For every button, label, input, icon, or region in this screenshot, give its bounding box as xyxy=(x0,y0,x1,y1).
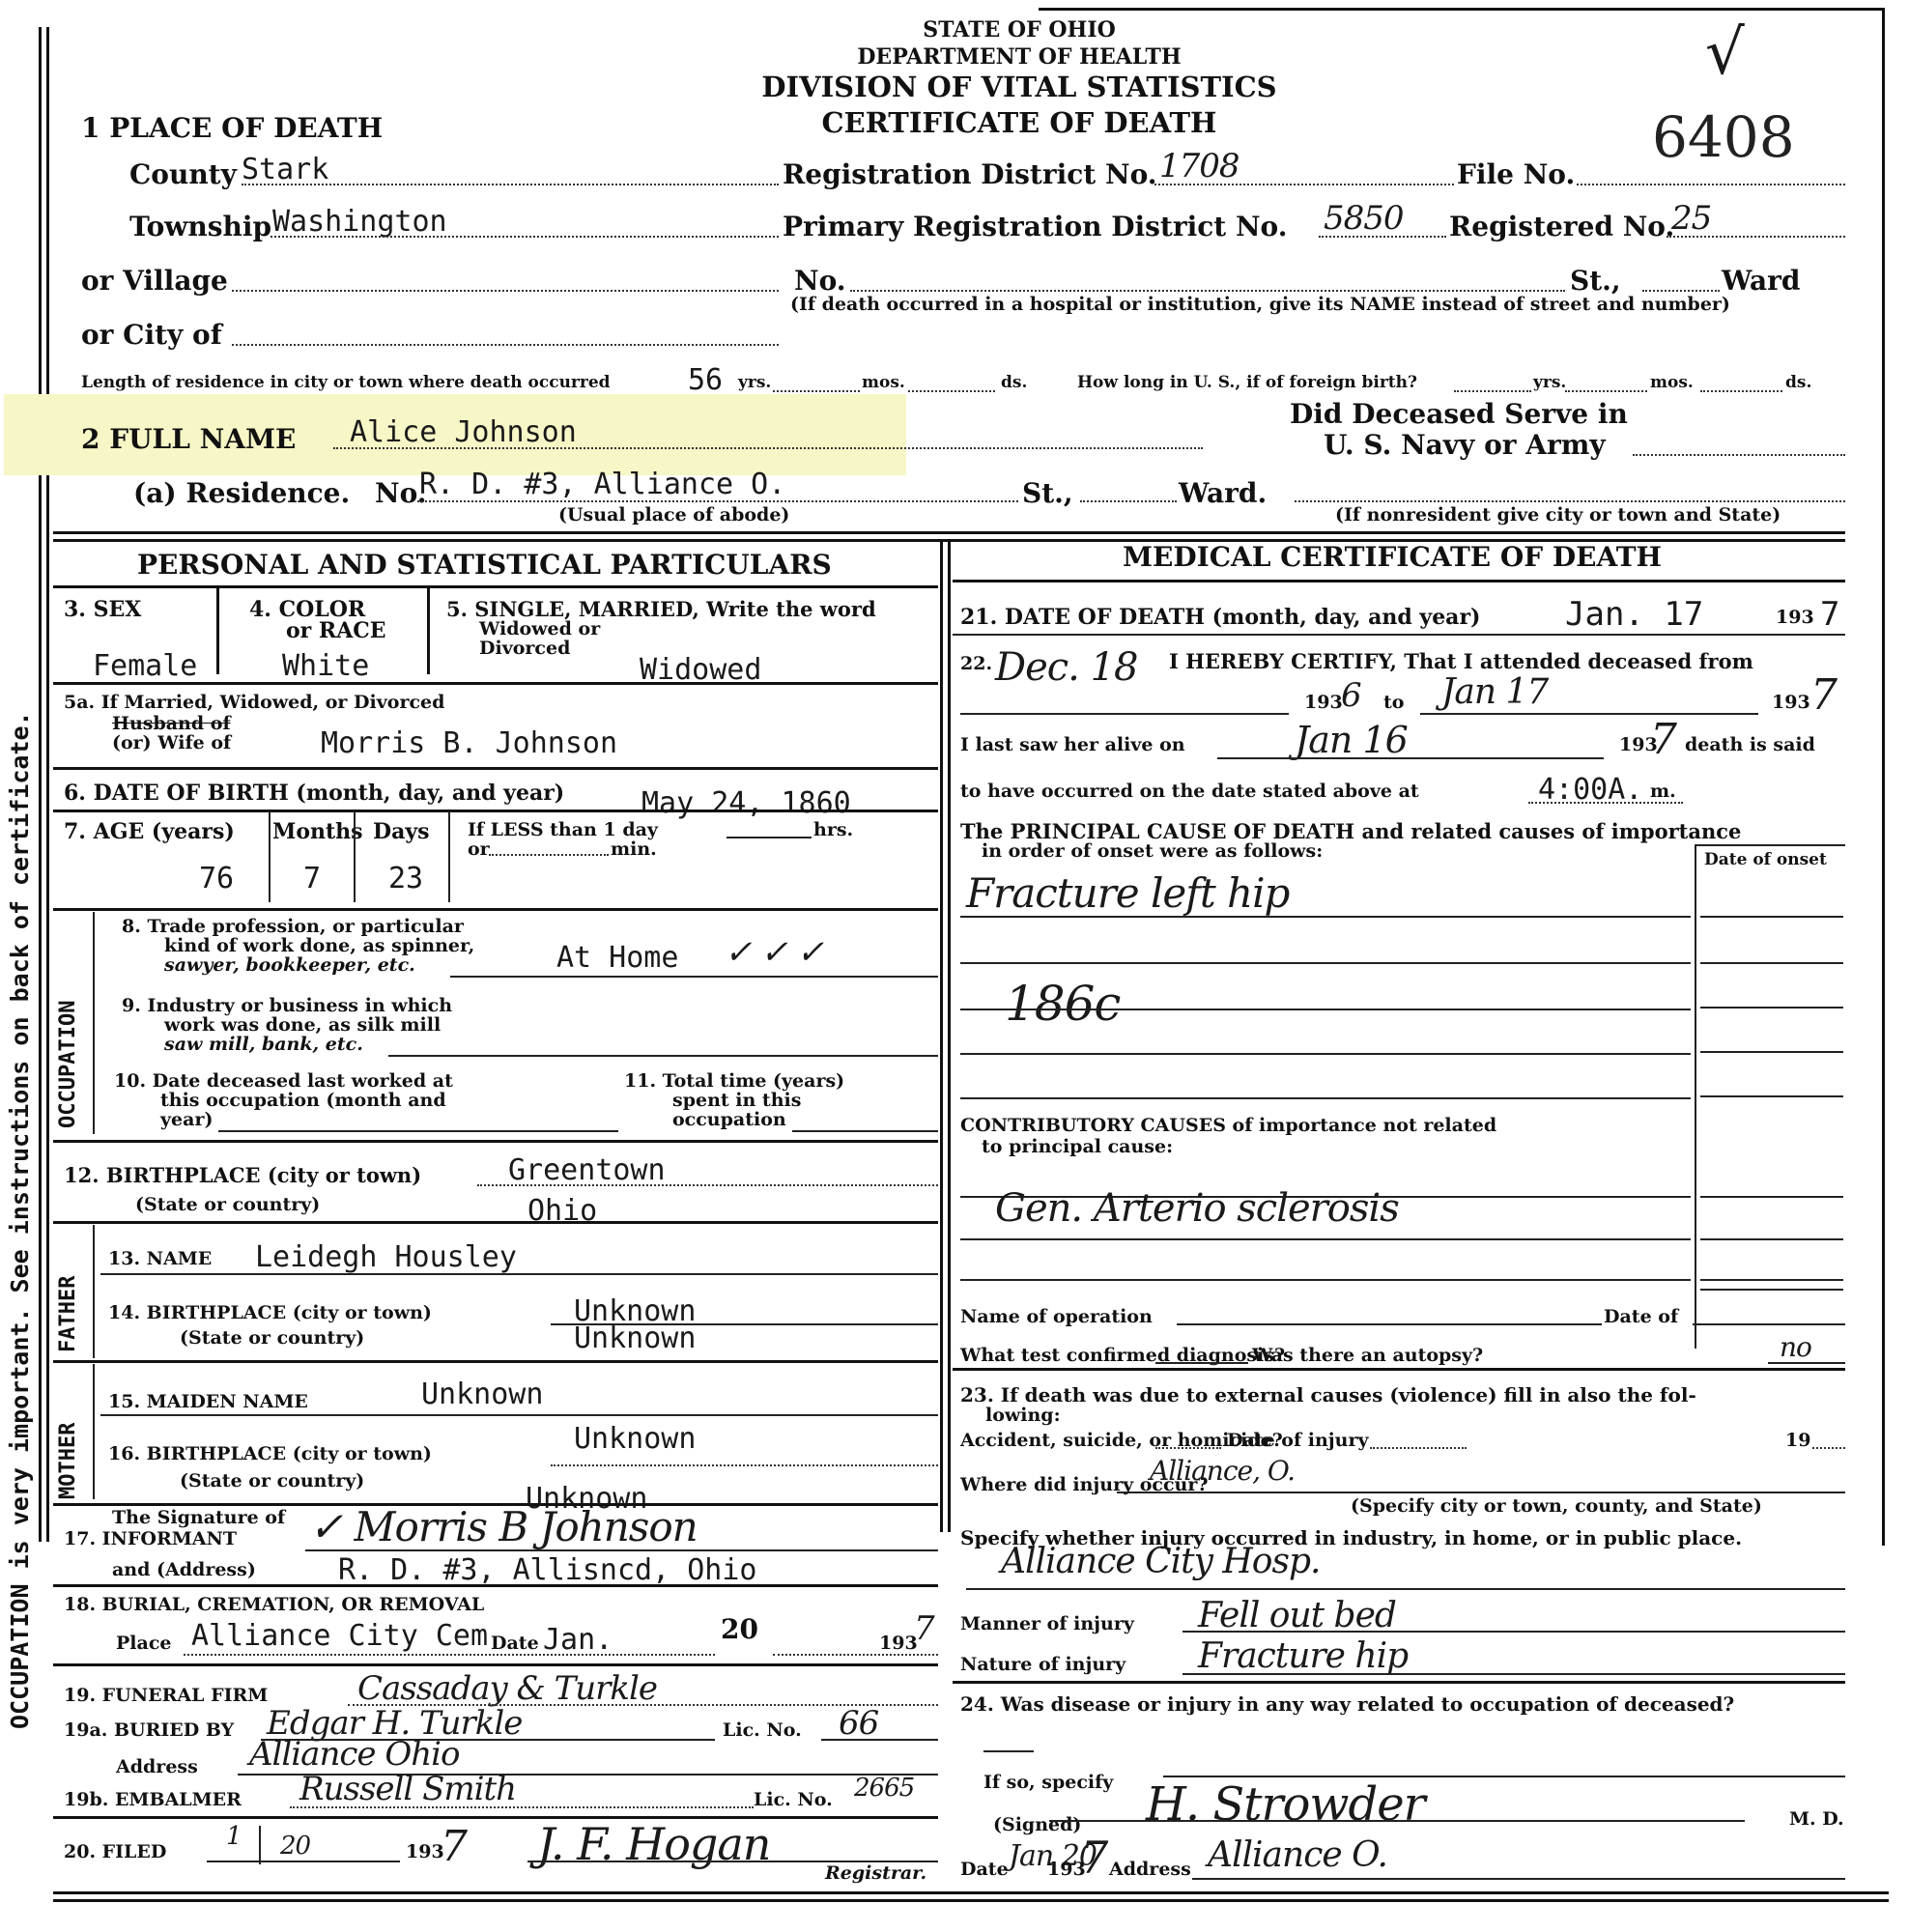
cause-line-4 xyxy=(960,1053,1691,1055)
onset-line-4 xyxy=(1700,1051,1843,1053)
to-label: to xyxy=(1383,692,1404,713)
military-line xyxy=(1633,454,1845,456)
residence-field[interactable]: R. D. #3, Alliance O. xyxy=(419,468,785,501)
birthplace-label: 12. BIRTHPLACE (city or town) xyxy=(64,1163,421,1187)
mother-maiden-field[interactable]: Unknown xyxy=(421,1378,543,1411)
burial-date-label: Date xyxy=(491,1633,539,1654)
nonresident-line xyxy=(1295,500,1845,502)
foreign-ds-line xyxy=(1700,390,1782,392)
last-saw-label: I last saw her alive on xyxy=(960,734,1185,755)
birthplace-rule xyxy=(53,1221,938,1224)
external-label-1: 23. If death was due to external causes … xyxy=(960,1383,1696,1406)
full-name-label: 2 FULL NAME xyxy=(81,423,296,455)
occupation-bottom-rule xyxy=(53,1140,938,1143)
father-name-label: 13. NAME xyxy=(108,1248,212,1269)
occurred-label: to have occurred on the date stated abov… xyxy=(960,781,1419,802)
occupation-related-line xyxy=(983,1750,1034,1752)
total-time-line xyxy=(792,1130,938,1132)
embalmer-line xyxy=(290,1806,754,1808)
attended-to-field[interactable]: Jan 17 xyxy=(1441,672,1548,712)
contrib-1-field[interactable]: Gen. Arterio sclerosis xyxy=(995,1186,1399,1231)
primary-reg-field[interactable]: 5850 xyxy=(1324,199,1404,238)
father-tab: FATHER xyxy=(56,1276,80,1352)
buried-by-address-label: Address xyxy=(116,1756,198,1777)
age-divider-2 xyxy=(354,811,356,902)
dod-year-prefix: 193 xyxy=(1776,607,1814,628)
sex-divider xyxy=(216,587,219,674)
cause-label-2: in order of onset were as follows: xyxy=(982,840,1323,862)
mos-label: mos. xyxy=(862,373,905,392)
attended-from-field[interactable]: Dec. 18 xyxy=(995,645,1137,690)
industry-label-2: work was done, as silk mill xyxy=(164,1014,441,1036)
operation-label: Name of operation xyxy=(960,1306,1153,1327)
filed-month-field[interactable]: 1 xyxy=(226,1822,242,1851)
certify-label: I HEREBY CERTIFY, That I attended deceas… xyxy=(1169,649,1753,673)
attended-from-line xyxy=(960,713,1289,715)
informant-signature[interactable]: ✓ Morris B Johnson xyxy=(309,1503,698,1550)
embalmer-label: 19b. EMBALMER xyxy=(64,1789,242,1810)
filed-label: 20. FILED xyxy=(64,1841,166,1862)
test-line xyxy=(1155,1362,1248,1364)
st-label: St., xyxy=(1570,265,1621,297)
filed-date-line xyxy=(207,1861,400,1862)
age-label: 7. AGE (years) xyxy=(64,819,235,844)
nature-field[interactable]: Fracture hip xyxy=(1198,1636,1408,1676)
trade-field[interactable]: At Home xyxy=(556,941,678,975)
nature-line xyxy=(1182,1673,1845,1675)
where-note: (Specify city or town, county, and State… xyxy=(1351,1495,1762,1517)
header-department: DEPARTMENT OF HEALTH xyxy=(0,44,1909,70)
township-label: Township xyxy=(129,211,271,242)
ward-label: Ward xyxy=(1722,265,1800,297)
spouse-label-3: (or) Wife of xyxy=(112,732,231,753)
physician-address-line xyxy=(1192,1878,1845,1880)
total-time-label-1: 11. Total time (years) xyxy=(624,1070,844,1092)
attended-from-year-prefix: 193 xyxy=(1304,692,1343,713)
outer-border-left-inner xyxy=(46,27,49,1542)
last-worked-label-1: 10. Date deceased last worked at xyxy=(114,1070,453,1092)
injury-year-line xyxy=(1812,1447,1845,1449)
dob-label: 6. DATE OF BIRTH (month, day, and year) xyxy=(64,781,564,806)
industry-place-line xyxy=(966,1588,1845,1590)
cause-1-field[interactable]: Fracture left hip xyxy=(966,869,1289,917)
village-label: or Village xyxy=(81,265,228,297)
external-label-2: lowing: xyxy=(985,1405,1061,1426)
autopsy-bottom-rule xyxy=(953,1368,1845,1371)
occupation-related-label: 24. Was disease or injury in any way rel… xyxy=(960,1692,1734,1716)
residence-years-field[interactable]: 56 xyxy=(688,363,723,397)
date-onset-label: Date of onset xyxy=(1704,850,1827,869)
last-worked-line xyxy=(218,1130,618,1132)
attended-to-line xyxy=(1420,713,1758,715)
industry-label-1: 9. Industry or business in which xyxy=(122,995,452,1016)
marital-label-3: Divorced xyxy=(479,638,570,659)
sign-year-field[interactable]: 7 xyxy=(1080,1832,1107,1884)
md-label: M. D. xyxy=(1789,1808,1844,1830)
color-field[interactable]: White xyxy=(282,649,369,683)
file-no-label: File No. xyxy=(1457,158,1575,190)
dod-year-field[interactable]: 7 xyxy=(1820,595,1839,634)
embalmer-field[interactable]: Russell Smith xyxy=(299,1770,516,1808)
father-bottom-rule xyxy=(53,1360,938,1363)
last-worked-label-2: this occupation (month and xyxy=(160,1090,446,1111)
operation-date-line xyxy=(1693,1323,1845,1325)
mother-birthplace-line xyxy=(551,1464,938,1466)
file-no-line xyxy=(1577,184,1845,185)
street-line xyxy=(850,290,1565,292)
physician-address-label: Address xyxy=(1109,1859,1191,1880)
cause-line-5 xyxy=(960,1097,1691,1099)
mother-birthplace-city-field[interactable]: Unknown xyxy=(574,1422,696,1456)
registrar-label: Registrar. xyxy=(825,1862,926,1884)
burial-place-label: Place xyxy=(116,1633,171,1654)
residence-ward-line xyxy=(1080,500,1177,502)
age-days-field[interactable]: 23 xyxy=(388,862,423,895)
dod-field[interactable]: Jan. 17 xyxy=(1565,595,1703,634)
filed-year-field[interactable]: 7 xyxy=(441,1822,467,1871)
onset-line-2 xyxy=(1700,962,1843,964)
embalmer-lic-field[interactable]: 2665 xyxy=(854,1774,914,1803)
contrib-onset-line-2 xyxy=(1700,1238,1843,1240)
less-hrs-label: hrs. xyxy=(813,819,853,840)
spouse-label-2: Husband of xyxy=(112,713,231,734)
nonresident-note: (If nonresident give city or town and St… xyxy=(1335,504,1781,526)
age-months-field[interactable]: 7 xyxy=(303,862,321,895)
cause-line-1 xyxy=(960,916,1691,918)
contrib-label-2: to principal cause: xyxy=(982,1136,1173,1157)
injury-year-label: 19 xyxy=(1785,1430,1810,1451)
burial-bottom-rule xyxy=(53,1663,938,1666)
sex-field[interactable]: Female xyxy=(93,649,197,683)
reg-district-label: Registration District No. xyxy=(783,158,1157,190)
mother-tab: MOTHER xyxy=(56,1423,80,1499)
contrib-line-3 xyxy=(960,1279,1691,1281)
abode-note: (Usual place of abode) xyxy=(558,504,789,526)
burial-place-line xyxy=(184,1654,715,1656)
county-label: County xyxy=(129,158,237,190)
embalmer-bottom-rule xyxy=(53,1816,938,1819)
village-line xyxy=(232,290,779,292)
trade-line xyxy=(450,976,938,978)
trade-label-1: 8. Trade profession, or particular xyxy=(122,916,464,937)
informant-address-label: and (Address) xyxy=(112,1559,256,1580)
reg-district-line xyxy=(1154,184,1454,185)
occupation-tab-divider xyxy=(93,912,95,1134)
birthplace-city-field[interactable]: Greentown xyxy=(508,1153,666,1187)
full-name-field[interactable]: Alice Johnson xyxy=(350,415,577,449)
onset-line-5 xyxy=(1700,1095,1843,1097)
personal-heading: PERSONAL AND STATISTICAL PARTICULARS xyxy=(137,549,832,581)
nature-label: Nature of injury xyxy=(960,1654,1125,1675)
military-label-2: U. S. Navy or Army xyxy=(1324,429,1606,461)
age-divider-1 xyxy=(269,811,271,902)
main-divider-top xyxy=(53,531,1845,534)
registered-no-line xyxy=(1667,236,1845,238)
contrib-onset-line-4 xyxy=(1700,1289,1843,1291)
trade-check-marks: ✓ ✓ ✓ xyxy=(725,933,823,972)
foreign-birth-label: How long in U. S., if of foreign birth? xyxy=(1077,373,1417,392)
less-than-label: If LESS than 1 day xyxy=(468,819,658,840)
lic-no-field[interactable]: 66 xyxy=(839,1704,878,1743)
industry-label-3: saw mill, bank, etc. xyxy=(164,1034,363,1055)
burial-year-line xyxy=(773,1654,938,1656)
injury-date-label: Date of injury xyxy=(1227,1430,1369,1451)
county-field[interactable]: Stark xyxy=(242,153,328,186)
contrib-line-2 xyxy=(960,1238,1691,1240)
burial-day-field[interactable]: 20 xyxy=(721,1613,758,1645)
mother-maiden-line xyxy=(100,1414,938,1416)
specify-label: If so, specify xyxy=(983,1772,1113,1793)
no-label: No. xyxy=(794,265,846,297)
operation-date-label: Date of xyxy=(1604,1306,1678,1327)
father-name-line xyxy=(100,1273,938,1275)
total-time-label-3: occupation xyxy=(672,1109,786,1130)
industry-line xyxy=(388,1055,938,1057)
attended-from-year[interactable]: 6 xyxy=(1341,676,1361,715)
city-line xyxy=(232,344,779,346)
buried-by-address-field[interactable]: Alliance Ohio xyxy=(249,1735,459,1774)
residence-label: (a) Residence. xyxy=(133,477,350,509)
informant-address-field[interactable]: R. D. #3, Allisncd, Ohio xyxy=(338,1553,756,1587)
informant-sig-label: The Signature of xyxy=(112,1507,285,1528)
header-division: DIVISION OF VITAL STATISTICS xyxy=(0,71,1909,103)
outer-border-right xyxy=(1882,8,1885,1546)
last-saw-field[interactable]: Jan 16 xyxy=(1295,719,1408,761)
burial-place-field[interactable]: Alliance City Cem xyxy=(191,1619,488,1653)
less-or-label: or xyxy=(468,838,490,860)
mother-maiden-label: 15. MAIDEN NAME xyxy=(108,1391,308,1412)
row-6-rule xyxy=(53,810,938,812)
trade-label-3: sawyer, bookkeeper, etc. xyxy=(164,954,415,976)
dod-rule xyxy=(953,634,1845,636)
birthplace-state-label: (State or country) xyxy=(135,1194,320,1215)
contrib-onset-line-3 xyxy=(1700,1279,1843,1281)
accident-line xyxy=(1155,1447,1221,1449)
hospital-note: (If death occurred in a hospital or inst… xyxy=(790,294,1730,315)
onset-header-rule xyxy=(1696,844,1845,846)
row-5a-rule xyxy=(53,767,938,770)
father-birthplace-label: 14. BIRTHPLACE (city or town) xyxy=(108,1302,432,1323)
full-name-line xyxy=(333,447,1203,449)
embalmer-lic-label: Lic. No. xyxy=(754,1789,833,1810)
onset-column-divider xyxy=(1695,844,1696,1349)
lic-no-label: Lic. No. xyxy=(723,1719,802,1741)
filed-day-field[interactable]: 20 xyxy=(280,1832,310,1861)
where-field[interactable]: Alliance, O. xyxy=(1150,1455,1295,1487)
medical-heading-rule xyxy=(953,580,1845,582)
row-7-rule xyxy=(53,908,938,911)
personal-heading-rule xyxy=(53,585,938,588)
file-number: 6408 xyxy=(1652,104,1795,170)
autopsy-field[interactable]: no xyxy=(1780,1331,1811,1363)
dod-label: 21. DATE OF DEATH (month, day, and year) xyxy=(960,605,1480,630)
trade-label-2: kind of work done, as spinner, xyxy=(164,935,474,956)
medical-heading: MEDICAL CERTIFICATE OF DEATH xyxy=(1123,541,1662,573)
sex-label: 3. SEX xyxy=(64,597,141,622)
registered-no-field[interactable]: 25 xyxy=(1671,199,1711,238)
birthplace-city-line xyxy=(477,1184,938,1186)
days-label: Days xyxy=(373,819,430,844)
age-divider-3 xyxy=(448,811,450,902)
manner-line xyxy=(1182,1631,1845,1633)
signed-line xyxy=(1049,1820,1745,1822)
mother-tab-divider xyxy=(93,1364,95,1499)
bottom-rule-left-2 xyxy=(53,1899,1889,1902)
ds-line xyxy=(908,390,995,392)
physician-address-field[interactable]: Alliance O. xyxy=(1208,1835,1387,1875)
color-divider xyxy=(427,587,430,674)
manner-label: Manner of injury xyxy=(960,1613,1134,1634)
father-state-label: (State or country) xyxy=(180,1327,364,1349)
burial-label: 18. BURIAL, CREMATION, OR REMOVAL xyxy=(64,1594,484,1615)
contrib-onset-line-1 xyxy=(1700,1196,1843,1198)
operation-line xyxy=(1177,1323,1602,1325)
autopsy-line xyxy=(1768,1362,1845,1364)
less-hrs-line xyxy=(727,837,812,838)
foreign-mos-label: mos. xyxy=(1650,373,1694,392)
death-said-label: death is said xyxy=(1685,734,1815,755)
ward-line xyxy=(1642,290,1720,292)
filed-slash xyxy=(259,1826,261,1864)
less-min-line xyxy=(489,854,609,856)
injury-date-line xyxy=(1370,1447,1467,1449)
onset-line-1 xyxy=(1700,916,1843,918)
attended-to-year[interactable]: 7 xyxy=(1810,670,1837,720)
lic-no-line xyxy=(821,1739,938,1741)
column-divider-2 xyxy=(948,539,951,1532)
filed-year-prefix: 193 xyxy=(406,1841,444,1862)
primary-reg-label: Primary Registration District No. xyxy=(783,211,1287,242)
margin-instructions-note: OCCUPATION is very important. See instru… xyxy=(6,711,34,1729)
autopsy-label: Was there an autopsy? xyxy=(1252,1345,1483,1366)
residence-length-label: Length of residence in city or town wher… xyxy=(81,373,611,392)
industry-place-field[interactable]: Alliance City Hosp. xyxy=(1001,1542,1320,1581)
cause-line-3 xyxy=(960,1009,1691,1010)
certify-num: 22. xyxy=(960,653,992,674)
informant-bottom-rule xyxy=(53,1584,938,1587)
county-line xyxy=(242,184,779,185)
nature-bottom-rule xyxy=(953,1681,1845,1684)
where-line xyxy=(1117,1492,1845,1493)
contrib-label-1: CONTRIBUTORY CAUSES of importance not re… xyxy=(960,1115,1496,1136)
registered-no-label: Registered No. xyxy=(1449,211,1674,242)
city-label: or City of xyxy=(81,319,222,351)
foreign-yrs-line xyxy=(1454,390,1531,392)
funeral-firm-label: 19. FUNERAL FIRM xyxy=(64,1685,268,1706)
sign-date-label: Date xyxy=(960,1859,1009,1880)
burial-date-field[interactable]: Jan. xyxy=(543,1623,613,1657)
cause-code: 186c xyxy=(1005,976,1120,1032)
dob-field[interactable]: May 24, 1860 xyxy=(641,786,851,820)
time-line xyxy=(1528,802,1683,804)
last-saw-line xyxy=(1217,757,1604,759)
yrs-label: yrs. xyxy=(738,373,771,392)
spouse-field[interactable]: Morris B. Johnson xyxy=(321,726,617,760)
physician-signature: H. Strowder xyxy=(1146,1777,1425,1832)
military-label-1: Did Deceased Serve in xyxy=(1290,398,1628,430)
reg-district-field[interactable]: 1708 xyxy=(1159,147,1239,185)
last-saw-year[interactable]: 7 xyxy=(1650,715,1676,764)
last-worked-label-3: year) xyxy=(160,1109,213,1130)
onset-line-3 xyxy=(1700,1007,1843,1009)
informant-sig-line xyxy=(305,1549,938,1551)
column-divider xyxy=(940,539,943,1532)
signed-label: (Signed) xyxy=(993,1814,1081,1835)
mos-line xyxy=(773,390,860,392)
time-suffix: m. xyxy=(1650,781,1676,802)
residence-st-label: St., xyxy=(1022,477,1073,509)
outer-border-top xyxy=(1039,8,1885,11)
total-time-label-2: spent in this xyxy=(672,1090,801,1111)
row-3-rule xyxy=(53,682,938,685)
check-mark-icon: √ xyxy=(1705,17,1744,89)
occupation-tab: OCCUPATION xyxy=(56,1001,80,1128)
township-line xyxy=(271,236,779,238)
informant-label: 17. INFORMANT xyxy=(64,1528,237,1549)
marital-label-2: Widowed or xyxy=(479,618,600,639)
less-min-label: min. xyxy=(611,838,657,860)
mother-birthplace-label: 16. BIRTHPLACE (city or town) xyxy=(108,1443,432,1464)
buried-by-label: 19a. BURIED BY xyxy=(64,1719,234,1741)
foreign-yrs-label: yrs. xyxy=(1533,373,1566,392)
father-name-field[interactable]: Leidegh Housley xyxy=(255,1240,517,1274)
age-years-field[interactable]: 76 xyxy=(199,862,234,895)
funeral-firm-field[interactable]: Cassaday & Turkle xyxy=(357,1669,657,1708)
mother-state-label: (State or country) xyxy=(180,1470,364,1492)
foreign-ds-label: ds. xyxy=(1785,373,1811,392)
color-label-2: or RACE xyxy=(286,618,386,643)
cause-line-2 xyxy=(960,962,1691,964)
spouse-label-1: 5a. If Married, Widowed, or Divorced xyxy=(64,692,444,713)
burial-year-prefix: 193 xyxy=(879,1633,918,1654)
ds-label: ds. xyxy=(1001,373,1027,392)
township-field[interactable]: Washington xyxy=(272,205,447,239)
attended-to-year-prefix: 193 xyxy=(1772,692,1810,713)
bottom-rule-left xyxy=(53,1891,1889,1894)
father-birthplace-state-field[interactable]: Unknown xyxy=(574,1321,696,1355)
burial-year-field[interactable]: 7 xyxy=(914,1609,934,1648)
months-label: Months xyxy=(272,819,363,844)
residence-ward-label: Ward. xyxy=(1179,477,1267,509)
father-tab-divider xyxy=(93,1225,95,1358)
place-of-death-heading: 1 PLACE OF DEATH xyxy=(81,112,383,144)
outer-border-left xyxy=(39,27,42,1542)
residence-line xyxy=(417,500,1018,502)
primary-reg-line xyxy=(1319,236,1446,238)
foreign-mos-line xyxy=(1565,390,1647,392)
manner-field[interactable]: Fell out bed xyxy=(1198,1596,1396,1635)
header-state: STATE OF OHIO xyxy=(0,17,1909,43)
